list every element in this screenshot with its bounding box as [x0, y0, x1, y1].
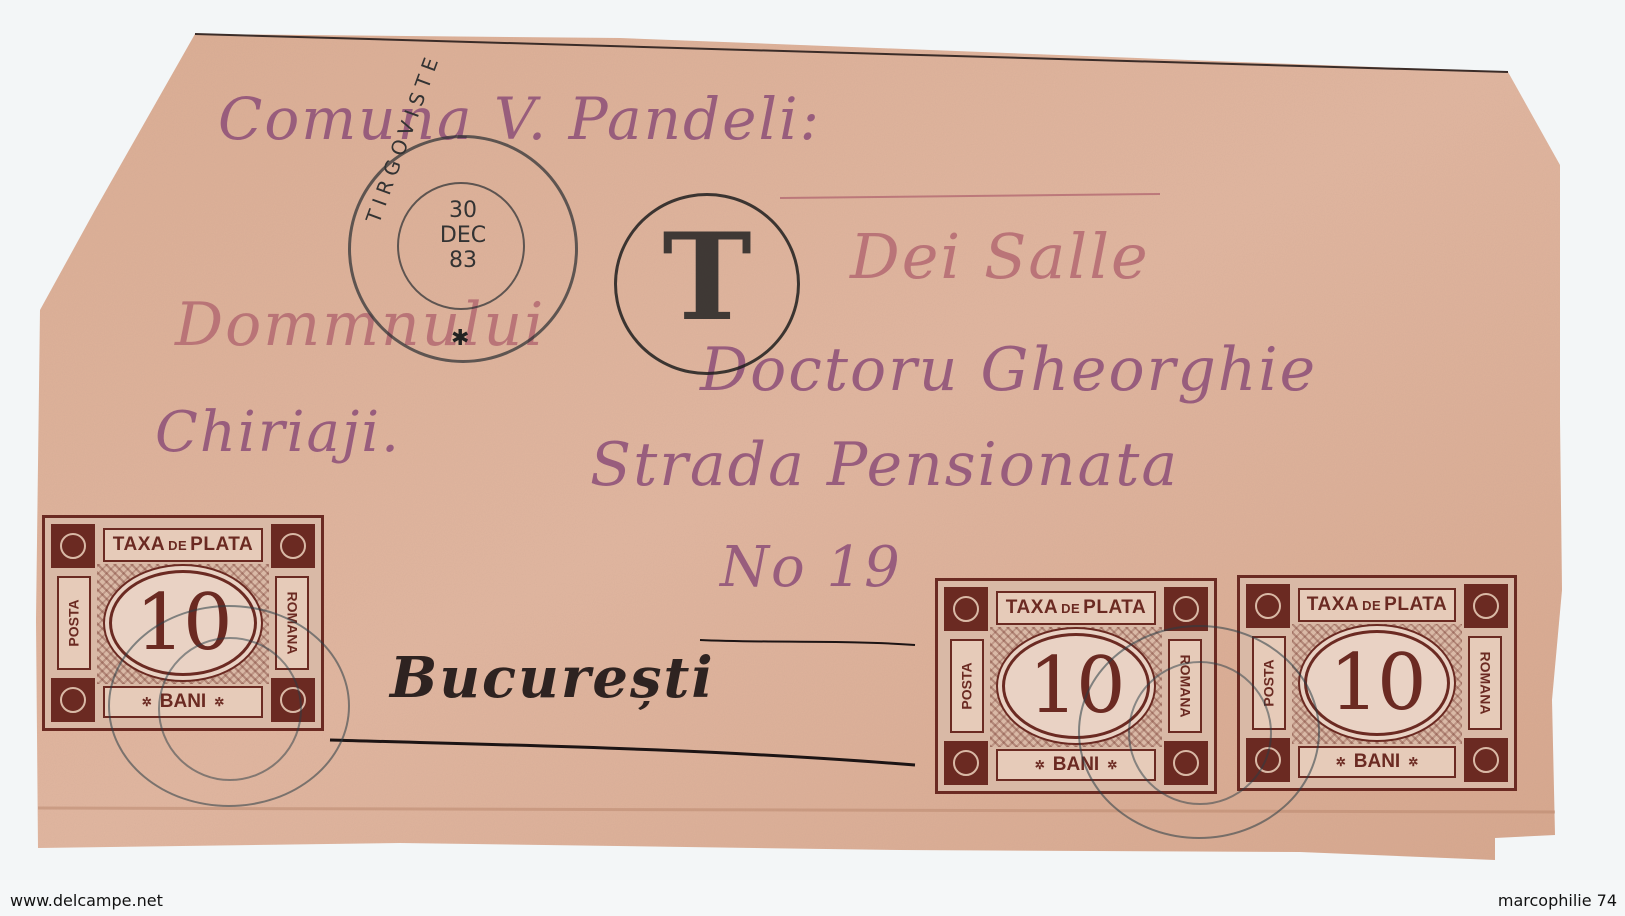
stamp-top-label: TAXADEPLATA — [103, 528, 263, 562]
posthorn-icon — [944, 587, 988, 631]
arrival-postmark-1 — [108, 605, 350, 807]
postmark-inner-ring — [1128, 661, 1272, 805]
address-line-doctor: Doctoru Gheorghie — [700, 335, 1317, 405]
tax-mark-letter: T — [617, 218, 797, 338]
posthorn-icon — [51, 678, 95, 722]
postmark-year: 83 — [351, 248, 575, 273]
address-line-chiriaji: Chiriaji. — [155, 400, 401, 465]
posthorn-icon — [51, 524, 95, 568]
postmark-star-icon: ✱ — [451, 326, 469, 351]
postmark-month: DEC — [351, 223, 575, 248]
stamp-right-label: ROMANA — [1468, 636, 1502, 730]
posthorn-icon — [944, 741, 988, 785]
stamp-left-label: POSTA — [57, 576, 91, 670]
stamp-value: 10 — [1329, 644, 1424, 722]
watermark-delcampe: www.delcampe.net — [10, 891, 163, 910]
address-line-strada: Strada Pensionata — [590, 430, 1179, 500]
stamp-top-label: TAXADEPLATA — [996, 591, 1156, 625]
address-line-dei-salle: Dei Salle — [850, 220, 1150, 293]
origin-postmark: 30 DEC 83 TIRGOVISTE ✱ — [348, 135, 578, 363]
stamp-value-oval: 10 — [1304, 630, 1450, 736]
posthorn-icon — [1246, 584, 1290, 628]
stamp-left-label: POSTA — [950, 639, 984, 733]
tax-mark: T — [614, 193, 800, 375]
arrival-postmark-2 — [1078, 625, 1320, 839]
address-line-city: București — [390, 645, 715, 711]
address-line-number: No 19 — [720, 535, 902, 600]
address-line-commune: Comuna V. Pandeli: — [218, 85, 821, 153]
stamp-top-label: TAXADEPLATA — [1298, 588, 1456, 622]
stamp-bottom-label: ✲BANI✲ — [1298, 746, 1456, 778]
postmark-inner-ring — [158, 637, 302, 781]
posthorn-icon — [1464, 584, 1508, 628]
postal-cover: Comuna V. Pandeli: Dei Salle Dommnului D… — [0, 0, 1625, 880]
posthorn-icon — [1464, 738, 1508, 782]
posthorn-icon — [271, 524, 315, 568]
watermark-seller: marcophilie 74 — [1498, 891, 1617, 910]
